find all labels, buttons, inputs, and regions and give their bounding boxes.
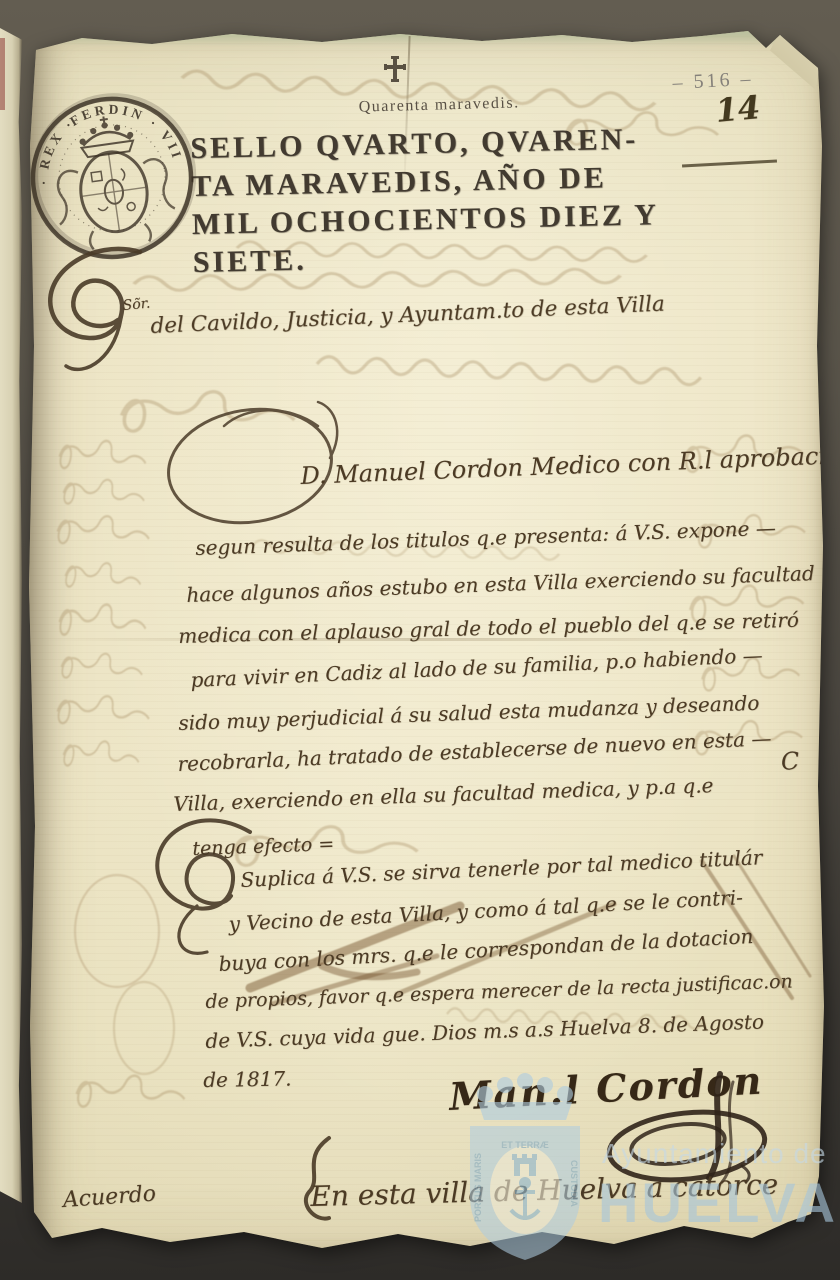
edge-red-fringe	[0, 38, 5, 110]
catchword: C	[780, 747, 800, 776]
paper-sheet: – 516 – 14 Quarenta maravedis. SELLO QVA…	[22, 26, 828, 1262]
body-line-15: de 1817.	[203, 1066, 292, 1092]
cross-icon	[384, 56, 406, 86]
folio-number: 14	[714, 88, 762, 130]
tax-stamp-text: SELLO QVARTO, QVAREN- TA MARAVEDIS, AÑO …	[190, 120, 660, 282]
salutation-abbr: Sõr.	[122, 296, 151, 314]
archival-document-scan: { "page": { "archive_number": "– 516 –",…	[0, 0, 840, 1280]
under-page-edge	[0, 28, 22, 1203]
paper-sheet-wrap: – 516 – 14 Quarenta maravedis. SELLO QVA…	[22, 26, 828, 1262]
